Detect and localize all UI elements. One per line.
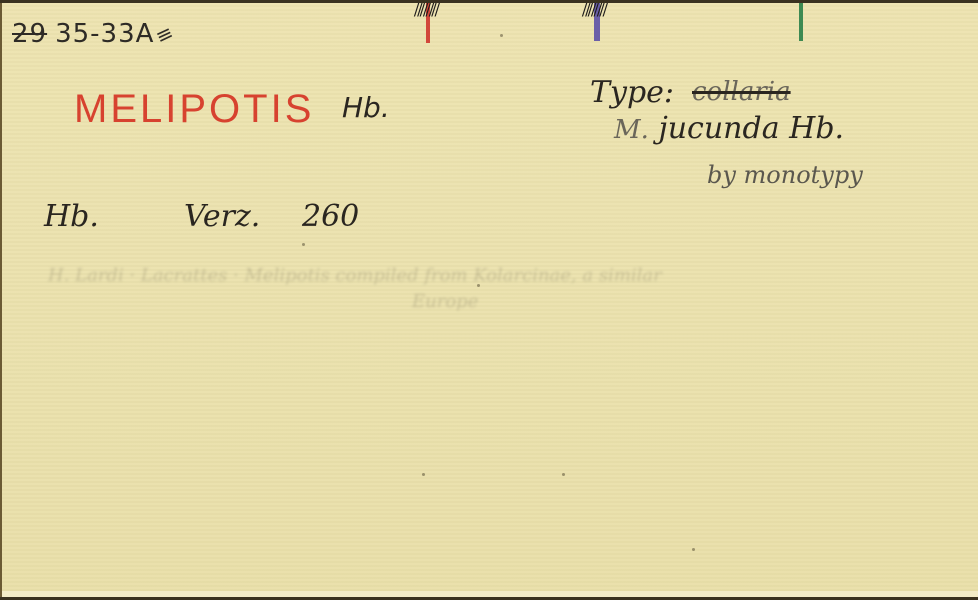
citation-work: Verz. [184, 199, 260, 234]
type-genus-abbrev: M. [614, 115, 649, 145]
speck [422, 473, 425, 476]
struck-reference-number: 29 [12, 19, 47, 49]
hatch-mark-icon: ⫽⫽⫽⫽ [414, 5, 444, 14]
faded-note-line-2: Europe [412, 291, 478, 312]
type-species-name: jucunda [658, 111, 779, 146]
faded-note-line-1: H. Lardi · Lacrattes · Melipotis compile… [48, 265, 662, 286]
genus-name: MELIPOTIS [74, 87, 314, 132]
type-species: M. jucunda Hb. [614, 111, 844, 146]
type-species-author: Hb. [789, 111, 844, 146]
hatch-mark-icon: ≡ [152, 21, 175, 49]
green-tab-mark [799, 3, 803, 41]
speck [302, 243, 305, 246]
type-designation: by monotypy [707, 161, 863, 189]
speck [562, 473, 565, 476]
reference-number: 2935-33A≡ [12, 19, 170, 49]
genus-author: Hb. [342, 91, 390, 124]
citation-author: Hb. [44, 199, 99, 234]
index-card: 2935-33A≡ ⫽⫽⫽⫽ ⫽⫽⫽⫽ MELIPOTIS Hb. Type: … [0, 3, 978, 597]
hatch-mark-icon: ⫽⫽⫽⫽ [582, 5, 612, 14]
speck [500, 34, 503, 37]
speck [477, 284, 480, 287]
citation-page: 260 [302, 199, 359, 234]
type-label: Type: [590, 75, 674, 110]
struck-type-name: collaria [692, 77, 791, 107]
current-reference-number: 35-33A [55, 19, 154, 49]
speck [692, 548, 695, 551]
